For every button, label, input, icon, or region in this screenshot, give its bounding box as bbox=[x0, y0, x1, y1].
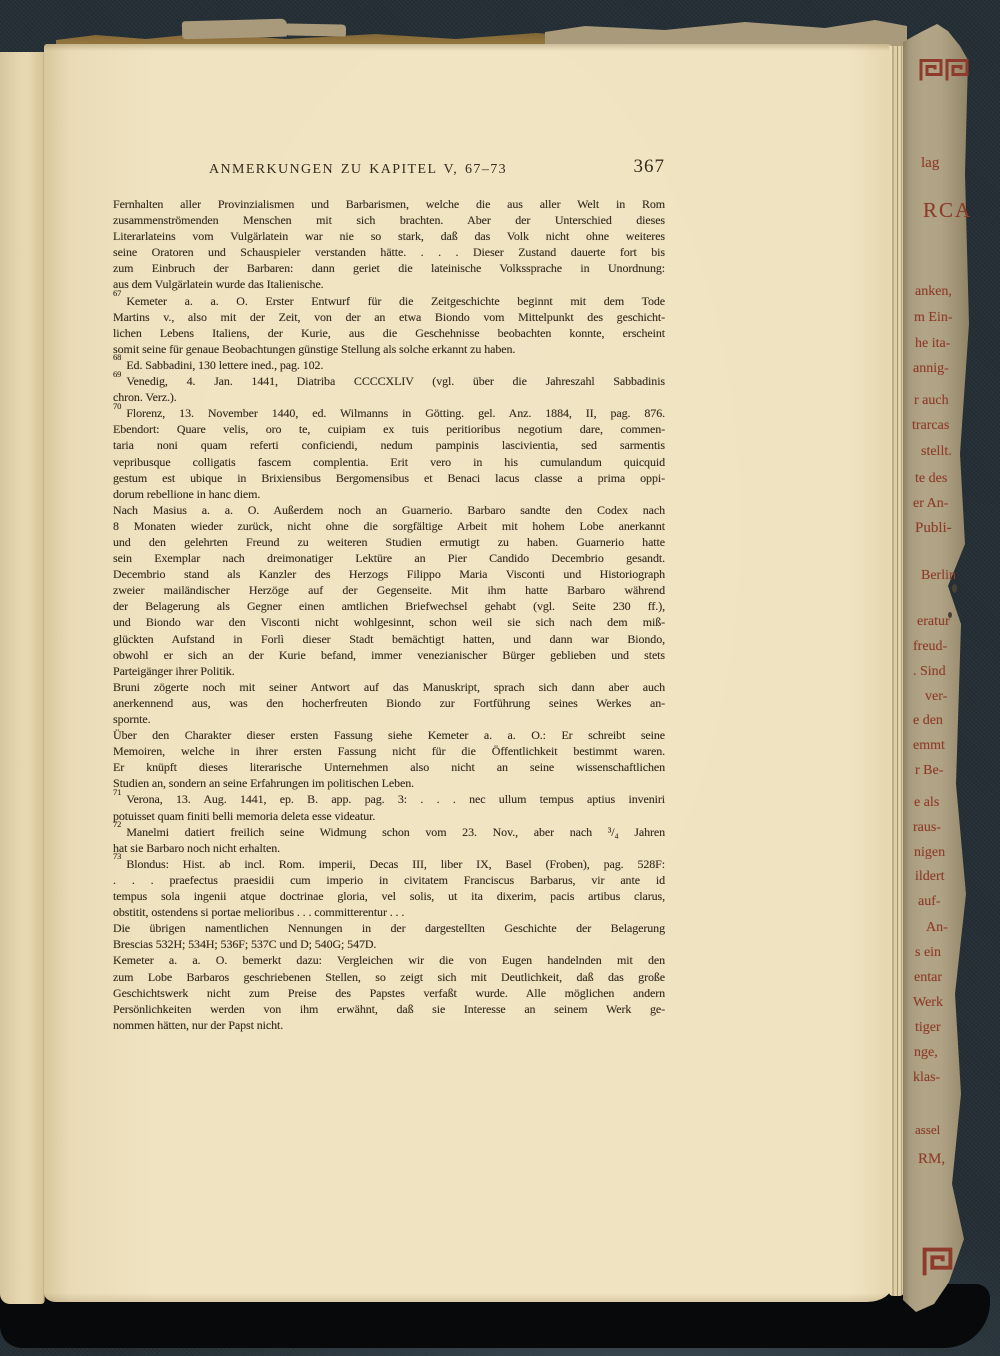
line-text: Martins v., also mit der Zeit, von der a… bbox=[113, 310, 665, 324]
line-text: Kemeter a. a. O. Erster Entwurf für die … bbox=[126, 294, 665, 308]
book-page: ANMERKUNGEN ZU KAPITEL V, 67–73 367 Fern… bbox=[44, 44, 893, 1302]
line-text: Florenz, 13. November 1440, ed. Wilmanns… bbox=[126, 406, 665, 420]
text-line: Memoiren, welche in ihrer ersten Fassung… bbox=[113, 743, 665, 759]
jacket-tear-speck bbox=[948, 612, 952, 618]
text-line: Er knüpft dieses literarische Unternehme… bbox=[113, 759, 665, 775]
text-line: und Biondo war den Visconti nicht wohlge… bbox=[113, 614, 665, 630]
text-line: spornte. bbox=[113, 711, 665, 727]
text-line: Nach Masius a. a. O. Außerdem noch an Gu… bbox=[113, 502, 665, 518]
line-text: Decembrio stand als Kanzler des Herzogs … bbox=[113, 567, 665, 581]
text-line: Die übrigen namentlichen Nennungen in de… bbox=[113, 920, 665, 936]
text-line: 70Florenz, 13. November 1440, ed. Wilman… bbox=[113, 405, 665, 421]
line-text: zum Lobe Barbaros geschriebenen Stellen,… bbox=[113, 970, 665, 984]
line-text: zusammenströmenden Menschen mit sich bra… bbox=[113, 213, 665, 227]
text-line: dorum rebellione in hanc diem. bbox=[113, 486, 665, 502]
text-line: 73Blondus: Hist. ab incl. Rom. imperii, … bbox=[113, 856, 665, 872]
line-text: Venedig, 4. Jan. 1441, Diatriba CCCCXLIV… bbox=[126, 374, 665, 388]
text-line: chron. Verz.). bbox=[113, 389, 665, 405]
text-line: gestum est ubique in Brixiensibus Bergom… bbox=[113, 470, 665, 486]
text-line: aus dem Vulgärlatein wurde das Italienis… bbox=[113, 276, 665, 292]
line-text: Nach Masius a. a. O. Außerdem noch an Gu… bbox=[113, 503, 665, 517]
line-text: potuisset quam finiti belli memoria dele… bbox=[113, 809, 375, 823]
line-text: zum Einbruch der Barbaren: dann geriet d… bbox=[113, 261, 665, 275]
text-line: 72Manelmi datiert freilich seine Widmung… bbox=[113, 824, 665, 840]
scanned-book-photo: ANMERKUNGEN ZU KAPITEL V, 67–73 367 Fern… bbox=[0, 0, 1000, 1356]
line-text: Memoiren, welche in ihrer ersten Fassung… bbox=[113, 744, 665, 758]
text-line: 8 Monaten wieder zurück, nicht ohne die … bbox=[113, 518, 665, 534]
text-line: zweier mailändischer Herzöge auf der Geg… bbox=[113, 582, 665, 598]
line-text: Brescias 532H; 534H; 536F; 537C und D; 5… bbox=[113, 937, 376, 951]
text-line: Brescias 532H; 534H; 536F; 537C und D; 5… bbox=[113, 936, 665, 952]
footnote-marker: 68 bbox=[113, 352, 121, 362]
page-number: 367 bbox=[634, 156, 666, 178]
footnote-marker: 71 bbox=[113, 787, 121, 797]
line-text: vepribusque colligatis fascem complentia… bbox=[113, 455, 665, 469]
line-text: Verona, 13. Aug. 1441, ep. B. app. pag. … bbox=[126, 792, 665, 806]
line-text: Studien an, sondern an seine Erfahrungen… bbox=[113, 776, 414, 790]
line-text: obstitit, ostendens si portae melioribus… bbox=[113, 905, 404, 919]
text-line: zusammenströmenden Menschen mit sich bra… bbox=[113, 212, 665, 228]
jacket-tear-speck bbox=[952, 584, 957, 593]
line-text: taria noni quam referti conficiendi, ned… bbox=[113, 438, 665, 452]
line-text: Geschichtswerk nicht zum Preise des Paps… bbox=[113, 986, 665, 1000]
torn-paper-chunk bbox=[182, 19, 287, 40]
text-line: der Belagerung als Gegner einen amtliche… bbox=[113, 598, 665, 614]
line-text: seine Oratoren und Schauspieler verstand… bbox=[113, 245, 665, 259]
text-line: 69Venedig, 4. Jan. 1441, Diatriba CCCCXL… bbox=[113, 373, 665, 389]
line-text: gestum est ubique in Brixiensibus Bergom… bbox=[113, 471, 665, 485]
meander-ornament-icon bbox=[919, 57, 969, 84]
notes-text-block: Fernhalten aller Provinzialismen und Bar… bbox=[113, 196, 665, 1033]
text-line: lichen Lebens Italiens, der Kurie, aus d… bbox=[113, 325, 665, 341]
text-line: potuisset quam finiti belli memoria dele… bbox=[113, 808, 665, 824]
text-line: Martins v., also mit der Zeit, von der a… bbox=[113, 309, 665, 325]
line-text: 8 Monaten wieder zurück, nicht ohne die … bbox=[113, 519, 665, 533]
line-text: glückten Aufstand in Forlì dieser Stadt … bbox=[113, 632, 665, 646]
line-text: lichen Lebens Italiens, der Kurie, aus d… bbox=[113, 326, 665, 340]
footnote-marker: 67 bbox=[113, 288, 121, 298]
text-line: obstitit, ostendens si portae melioribus… bbox=[113, 904, 665, 920]
text-line: seine Oratoren und Schauspieler verstand… bbox=[113, 244, 665, 260]
text-line: somit seine für genaue Beobachtungen gün… bbox=[113, 341, 665, 357]
line-text: Die übrigen namentlichen Nennungen in de… bbox=[113, 921, 665, 935]
line-text: Blondus: Hist. ab incl. Rom. imperii, De… bbox=[126, 857, 665, 871]
text-line: Decembrio stand als Kanzler des Herzogs … bbox=[113, 566, 665, 582]
text-line: Studien an, sondern an seine Erfahrungen… bbox=[113, 775, 665, 791]
text-line: 71Verona, 13. Aug. 1441, ep. B. app. pag… bbox=[113, 791, 665, 807]
text-line: nommen hätten, nur der Papst nicht. bbox=[113, 1017, 665, 1033]
text-line: Geschichtswerk nicht zum Preise des Paps… bbox=[113, 985, 665, 1001]
text-line: Kemeter a. a. O. bemerkt dazu: Vergleich… bbox=[113, 952, 665, 968]
line-text: Über den Charakter dieser ersten Fassung… bbox=[113, 728, 665, 742]
line-text: und den gelehrten Freund zu weiteren Stu… bbox=[113, 535, 665, 549]
line-text: sein Exemplar nach dreimonatiger Lektüre… bbox=[113, 551, 665, 565]
footnote-marker: 73 bbox=[113, 851, 121, 861]
footnote-marker: 69 bbox=[113, 369, 121, 379]
text-line: . . . praefectus praesidii cum imperio i… bbox=[113, 872, 665, 888]
dust-jacket-strip bbox=[903, 24, 969, 1316]
text-line: 68Ed. Sabbadini, 130 lettere ined., pag.… bbox=[113, 357, 665, 373]
line-text: obwohl er sich an der Kurie befand, imme… bbox=[113, 648, 665, 662]
torn-paper-chunk bbox=[286, 23, 346, 36]
line-text: der Belagerung als Gegner einen amtliche… bbox=[113, 599, 665, 613]
line-text: Kemeter a. a. O. bemerkt dazu: Vergleich… bbox=[113, 953, 665, 967]
line-text: hat sie Barbaro noch nicht erhalten. bbox=[113, 841, 280, 855]
text-line: hat sie Barbaro noch nicht erhalten. bbox=[113, 840, 665, 856]
text-line: taria noni quam referti conficiendi, ned… bbox=[113, 437, 665, 453]
text-line: Bruni zögerte noch mit seiner Antwort au… bbox=[113, 679, 665, 695]
line-text: . . . praefectus praesidii cum imperio i… bbox=[113, 873, 665, 887]
text-line: und den gelehrten Freund zu weiteren Stu… bbox=[113, 534, 665, 550]
line-text: und Biondo war den Visconti nicht wohlge… bbox=[113, 615, 665, 629]
line-text: somit seine für genaue Beobachtungen gün… bbox=[113, 342, 515, 356]
line-text: spornte. bbox=[113, 712, 151, 726]
running-header: ANMERKUNGEN ZU KAPITEL V, 67–73 367 bbox=[113, 158, 665, 188]
line-text: Literarlateins vom Vulgärlatein war nie … bbox=[113, 229, 665, 243]
line-text: zweier mailändischer Herzöge auf der Geg… bbox=[113, 583, 665, 597]
line-text: Manelmi datiert freilich seine Widmung s… bbox=[126, 825, 665, 839]
text-line: zum Lobe Barbaros geschriebenen Stellen,… bbox=[113, 969, 665, 985]
fore-edge-pages bbox=[889, 46, 905, 1296]
text-line: anerkennend aus, was den hocherfreuten B… bbox=[113, 695, 665, 711]
text-line: tempus sola ingenii atque doctrinae glor… bbox=[113, 888, 665, 904]
text-line: obwohl er sich an der Kurie befand, imme… bbox=[113, 647, 665, 663]
text-line: sein Exemplar nach dreimonatiger Lektüre… bbox=[113, 550, 665, 566]
line-text: Er knüpft dieses literarische Unternehme… bbox=[113, 760, 665, 774]
text-line: Literarlateins vom Vulgärlatein war nie … bbox=[113, 228, 665, 244]
footnote-marker: 72 bbox=[113, 819, 121, 829]
text-line: zum Einbruch der Barbaren: dann geriet d… bbox=[113, 260, 665, 276]
line-text: tempus sola ingenii atque doctrinae glor… bbox=[113, 889, 665, 903]
line-text: aus dem Vulgärlatein wurde das Italienis… bbox=[113, 277, 324, 291]
text-line: Über den Charakter dieser ersten Fassung… bbox=[113, 727, 665, 743]
facing-page-edge bbox=[0, 52, 45, 1304]
line-text: Bruni zögerte noch mit seiner Antwort au… bbox=[113, 680, 665, 694]
chapter-header-title: ANMERKUNGEN ZU KAPITEL V, 67–73 bbox=[209, 162, 507, 178]
text-line: glückten Aufstand in Forlì dieser Stadt … bbox=[113, 631, 665, 647]
line-text: nommen hätten, nur der Papst nicht. bbox=[113, 1018, 283, 1032]
line-text: anerkennend aus, was den hocherfreuten B… bbox=[113, 696, 665, 710]
text-line: Parteigänger ihrer Politik. bbox=[113, 663, 665, 679]
text-line: Persönlichkeiten werden von ihm erwähnt,… bbox=[113, 1001, 665, 1017]
line-text: Ed. Sabbadini, 130 lettere ined., pag. 1… bbox=[126, 358, 323, 372]
text-line: 67Kemeter a. a. O. Erster Entwurf für di… bbox=[113, 293, 665, 309]
line-text: Parteigänger ihrer Politik. bbox=[113, 664, 235, 678]
text-line: Fernhalten aller Provinzialismen und Bar… bbox=[113, 196, 665, 212]
text-line: vepribusque colligatis fascem complentia… bbox=[113, 454, 665, 470]
line-text: Fernhalten aller Provinzialismen und Bar… bbox=[113, 197, 665, 211]
line-text: dorum rebellione in hanc diem. bbox=[113, 487, 260, 501]
footnote-marker: 70 bbox=[113, 401, 121, 411]
line-text: Persönlichkeiten werden von ihm erwähnt,… bbox=[113, 1002, 665, 1016]
text-line: Ebendort: Quare velis, oro te, cuipiam e… bbox=[113, 421, 665, 437]
line-text: Ebendort: Quare velis, oro te, cuipiam e… bbox=[113, 422, 665, 436]
meander-ornament-icon bbox=[922, 1247, 953, 1278]
line-text: chron. Verz.). bbox=[113, 390, 177, 404]
